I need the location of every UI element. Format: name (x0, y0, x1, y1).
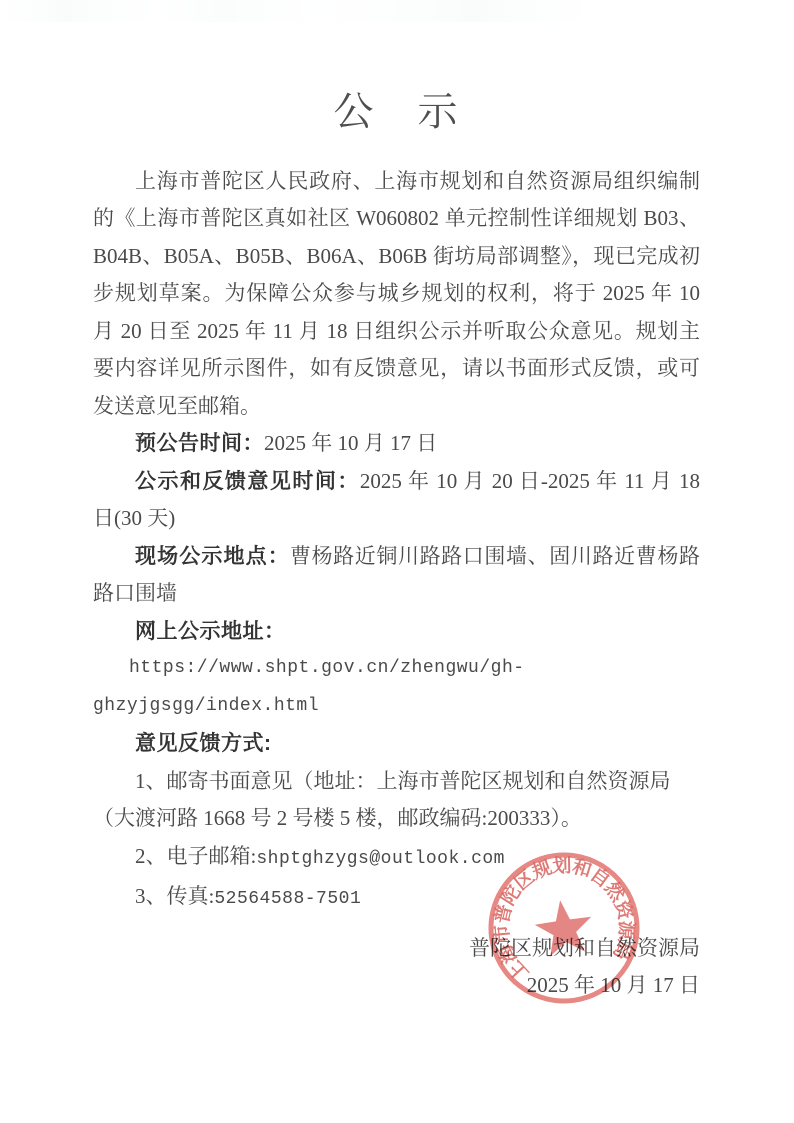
intro-paragraph: 上海市普陀区人民政府、上海市规划和自然资源局组织编制的《上海市普陀区真如社区 W… (93, 163, 700, 426)
pre-announcement-line: 预公告时间：2025 年 10 月 17 日 (93, 425, 700, 463)
feedback-email: shptghzygs@outlook.com (256, 849, 505, 869)
feedback-method-2-prefix: 2、电子邮箱: (135, 844, 256, 868)
online-address-url-line2: ghzyjgsgg/index.html (93, 688, 700, 726)
feedback-period-line: 公示和反馈意见时间：2025 年 10 月 20 日-2025 年 11 月 1… (93, 463, 700, 538)
feedback-method-1-line2: （大渡河路 1668 号 2 号楼 5 楼，邮政编码:200333）。 (93, 800, 700, 838)
feedback-method-3-prefix: 3、传真: (135, 884, 214, 908)
notice-content: 公 示 上海市普陀区人民政府、上海市规划和自然资源局组织编制的《上海市普陀区真如… (93, 0, 700, 1005)
feedback-methods-line: 意见反馈方式: (93, 725, 700, 763)
notice-body: 上海市普陀区人民政府、上海市规划和自然资源局组织编制的《上海市普陀区真如社区 W… (93, 163, 700, 1005)
feedback-method-1-line1: 1、邮寄书面意见（地址：上海市普陀区规划和自然资源局 (93, 763, 700, 801)
page-title: 公 示 (93, 88, 700, 136)
feedback-method-3: 3、传真:52564588-7501 (93, 878, 700, 919)
online-address-label: 网上公示地址： (135, 620, 286, 643)
feedback-period-label: 公示和反馈意见时间： (135, 470, 360, 493)
feedback-method-2: 2、电子邮箱:shptghzygs@outlook.com (93, 838, 700, 879)
pre-announcement-value: 2025 年 10 月 17 日 (264, 431, 437, 455)
notice-page: 公 示 上海市普陀区人民政府、上海市规划和自然资源局组织编制的《上海市普陀区真如… (0, 0, 794, 1123)
signature-organization: 普陀区规划和自然资源局 (93, 930, 700, 968)
site-location-label: 现场公示地点： (135, 545, 290, 568)
online-address-url-line1: https://www.shpt.gov.cn/zhengwu/gh- (93, 650, 700, 688)
online-address-line: 网上公示地址： (93, 613, 700, 651)
pre-announcement-label: 预公告时间： (135, 432, 264, 455)
feedback-methods-label: 意见反馈方式: (135, 732, 272, 755)
signature-date: 2025 年 10 月 17 日 (93, 967, 700, 1005)
site-location-line: 现场公示地点：曹杨路近铜川路路口围墙、固川路近曹杨路路口围墙 (93, 538, 700, 613)
feedback-fax: 52564588-7501 (214, 889, 361, 909)
